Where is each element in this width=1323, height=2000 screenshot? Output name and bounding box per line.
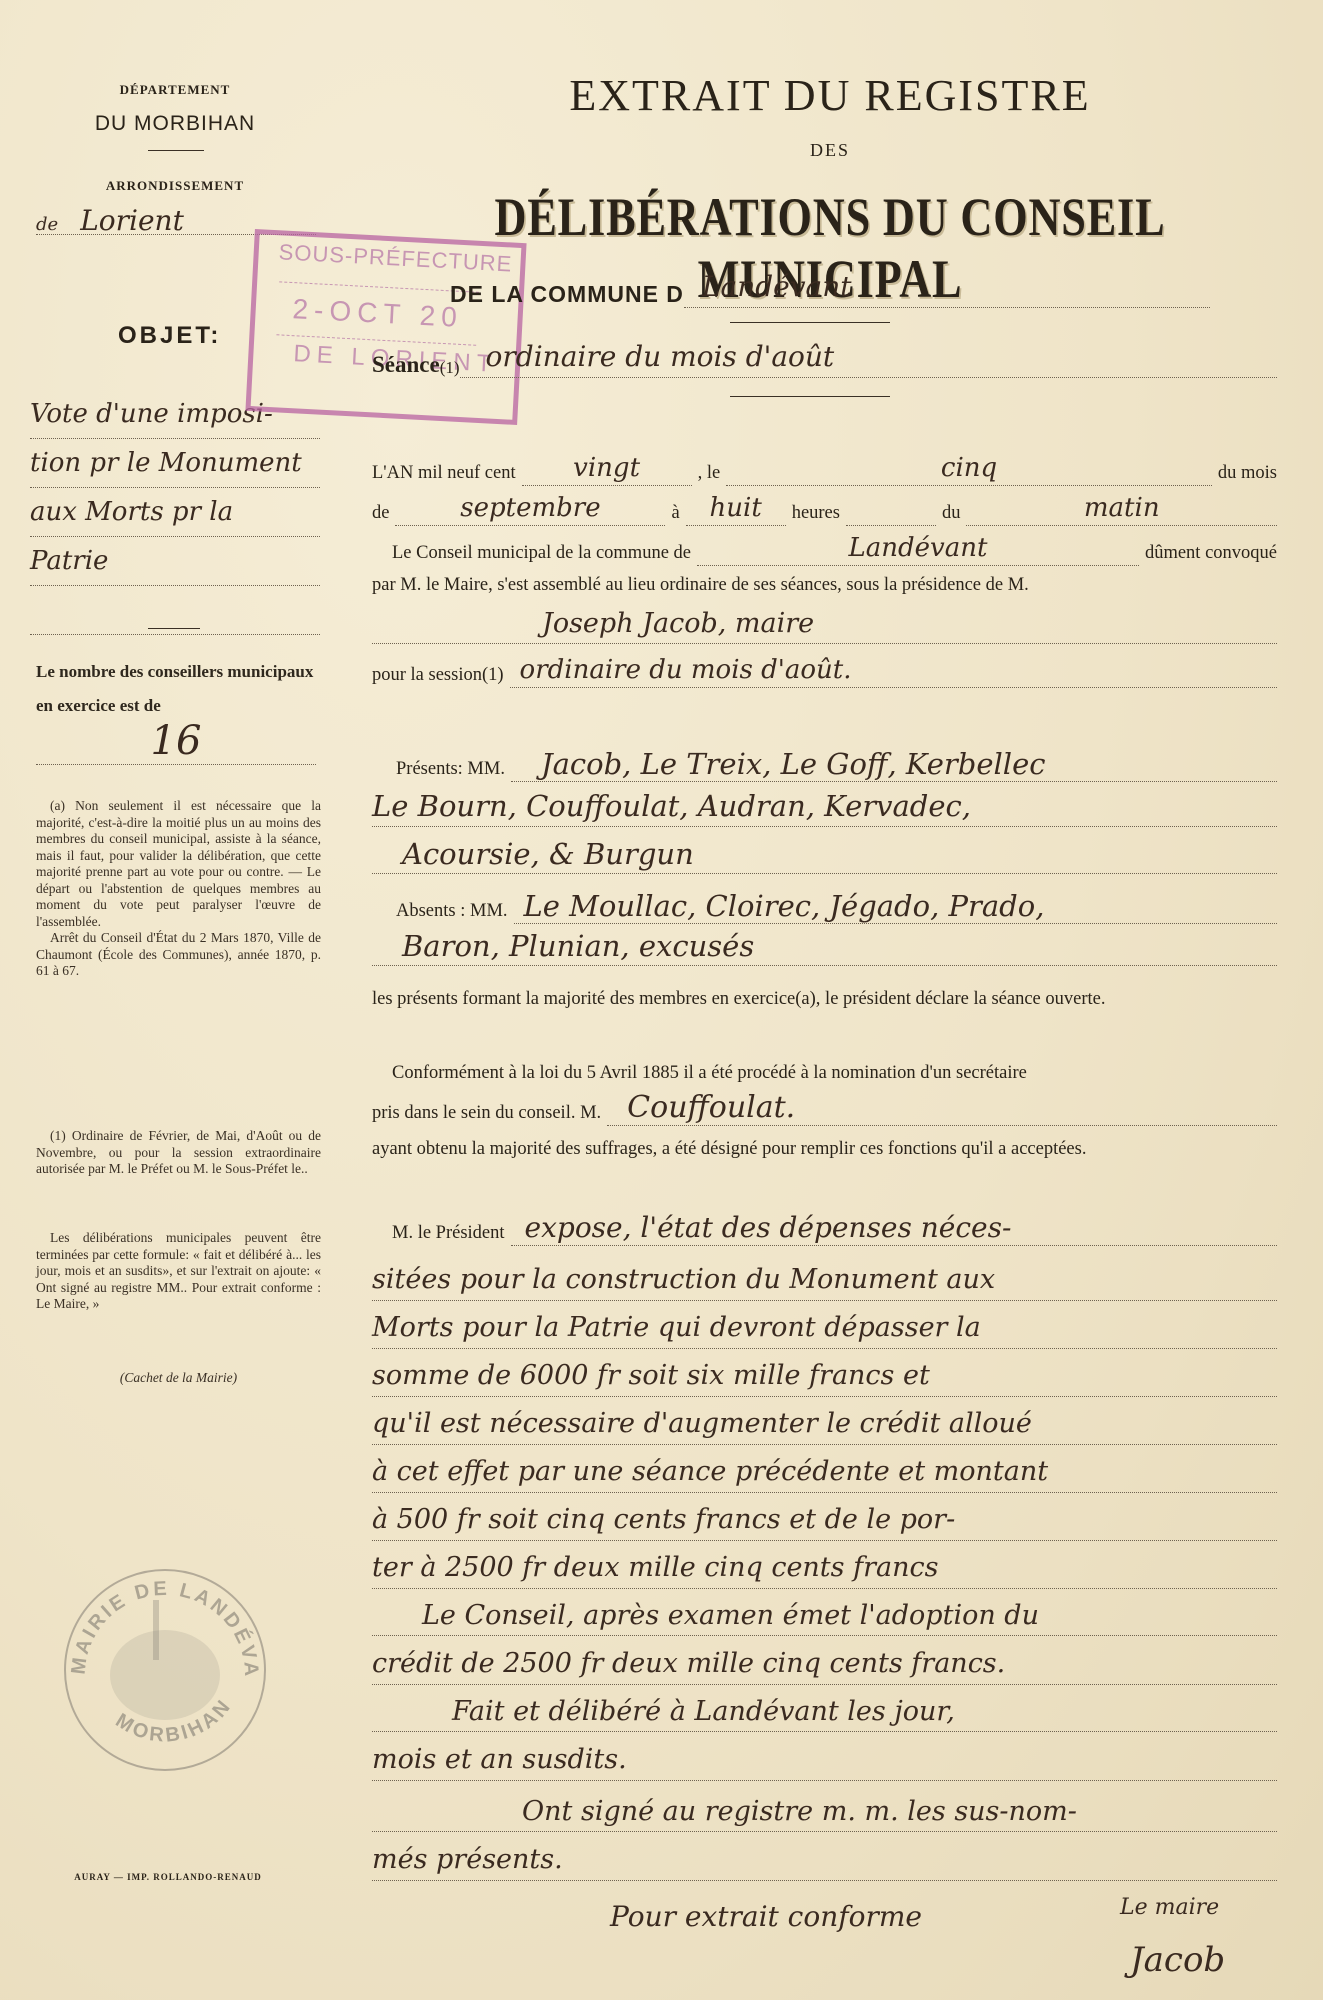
expose-text: à cet effet par une séance précédente et…	[372, 1452, 1277, 1493]
expose-text: ter à 2500 fr deux mille cinq cents fran…	[372, 1548, 1277, 1589]
a-label: à	[665, 503, 685, 526]
footnote-a-text: (a) Non seulement il est nécessaire que …	[36, 798, 321, 930]
session-value: ordinaire du mois d'août.	[510, 653, 1277, 688]
presents-value: Jacob, Le Treix, Le Goff, Kerbellec	[511, 747, 1277, 782]
footnote-a: (a) Non seulement il est nécessaire que …	[36, 798, 321, 980]
divider	[148, 150, 204, 151]
hour-value: huit	[686, 491, 786, 526]
signatories-text: Ont signé au registre m. m. les sus-nom-	[372, 1792, 1277, 1832]
footnote-a-reference: Arrêt du Conseil d'État du 2 Mars 1870, …	[36, 930, 321, 980]
session-line: pour la session(1) ordinaire du mois d'a…	[372, 654, 1277, 688]
presents-value: Le Bourn, Couffoulat, Audran, Kervadec,	[372, 786, 1277, 827]
mayor-signature: Jacob	[1130, 1940, 1225, 1980]
convocation-text: Le Conseil municipal de la commune de	[372, 543, 697, 566]
month-value: septembre	[395, 491, 665, 526]
absents-value: Le Moullac, Cloirec, Jégado, Prado,	[514, 889, 1277, 924]
heures-fill	[846, 491, 936, 526]
objet-label: OBJET:	[118, 322, 221, 350]
objet-line: Patrie	[30, 537, 320, 586]
seance-value: ordinaire du mois d'août	[460, 337, 1277, 378]
document-title-line1: EXTRAIT DU REGISTRE	[400, 70, 1260, 121]
absents-line: Absents : MM. Le Moullac, Cloirec, Jégad…	[372, 890, 1277, 924]
secretary-acceptance-text: ayant obtenu la majorité des suffrages, …	[372, 1136, 1277, 1162]
commune-row: DE LA COMMUNE D Landévant	[450, 268, 1210, 308]
departement-label: DÉPARTEMENT	[60, 82, 290, 98]
mairie-seal-icon: MAIRIE DE LANDÉVANT MORBIHAN	[55, 1560, 275, 1780]
cachet-caption: (Cachet de la Mairie)	[36, 1370, 321, 1386]
secretary-value: Couffoulat.	[607, 1091, 1277, 1126]
seance-row: Séance (1) ordinaire du mois d'août	[372, 338, 1277, 378]
document-title-line2: DES	[400, 140, 1260, 161]
absents-label: Absents : MM.	[372, 901, 514, 924]
objet-line: tion pr le Monument	[30, 439, 320, 488]
convocation-line: Le Conseil municipal de la commune de La…	[372, 532, 1277, 566]
expose-text: qu'il est nécessaire d'augmenter le créd…	[372, 1404, 1277, 1445]
conseillers-count-value: 16	[36, 718, 316, 765]
closing-text: Fait et délibéré à Landévant les jour,	[372, 1692, 1277, 1732]
secretary-text: Conformément à la loi du 5 Avril 1885 il…	[372, 1060, 1277, 1086]
arrondissement-prefix: de	[36, 214, 58, 235]
divider	[730, 396, 890, 397]
heures-label: heures	[786, 503, 846, 526]
conseillers-count-label: Le nombre des conseillers municipaux en …	[36, 655, 326, 723]
pour-extrait-conforme: Pour extrait conforme	[610, 1900, 922, 1933]
seance-label: Séance	[372, 352, 440, 378]
stamp-date: 2-OCT 20	[276, 281, 479, 345]
du-label: du	[936, 503, 967, 526]
presidence-text: par M. le Maire, s'est assemblé au lieu …	[372, 572, 1277, 598]
closing-text: mois et an susdits.	[372, 1740, 1277, 1781]
period-value: matin	[966, 491, 1277, 526]
quorum-text: les présents formant la majorité des mem…	[372, 986, 1277, 1012]
convocation-commune-value: Landévant	[697, 531, 1139, 566]
mois-label: du mois	[1212, 463, 1277, 486]
day-value: cinq	[726, 451, 1212, 486]
arrondissement-label: ARRONDISSEMENT	[60, 178, 290, 194]
signature-title: Le maire	[1120, 1895, 1219, 1920]
footnote-formula-text: Les délibérations municipales peuvent êt…	[36, 1230, 321, 1313]
arrondissement-value: Lorient	[80, 204, 184, 237]
session-label: pour la session(1)	[372, 665, 510, 688]
footnote-1-text: (1) Ordinaire de Février, de Mai, d'Août…	[36, 1128, 321, 1178]
absents-value: Baron, Plunian, excusés	[372, 926, 1277, 966]
date-line-month: de septembre à huit heures du matin	[372, 492, 1277, 526]
convocation-text-2: dûment convoqué	[1139, 543, 1277, 566]
decision-text: Le Conseil, après examen émet l'adoption…	[372, 1596, 1277, 1636]
seance-footnote: (1)	[440, 358, 460, 378]
commune-value: Landévant	[684, 267, 1210, 308]
footnote-formula: Les délibérations municipales peuvent êt…	[36, 1230, 321, 1313]
divider	[148, 628, 200, 629]
departement-value: DU MORBIHAN	[60, 112, 290, 136]
president-value: Joseph Jacob, maire	[372, 604, 1277, 644]
secretary-line: pris dans le sein du conseil. M. Couffou…	[372, 1092, 1277, 1126]
secretary-label: pris dans le sein du conseil. M.	[372, 1103, 607, 1126]
signatories-text: més présents.	[372, 1840, 1277, 1881]
expose-text: sitées pour la construction du Monument …	[372, 1260, 1277, 1301]
presents-line: Présents: MM. Jacob, Le Treix, Le Goff, …	[372, 748, 1277, 782]
commune-label: DE LA COMMUNE D	[450, 281, 684, 308]
expose-text: somme de 6000 fr soit six mille francs e…	[372, 1356, 1277, 1397]
president-label: M. le Président	[372, 1223, 511, 1246]
expose-text: expose, l'état des dépenses néces-	[511, 1211, 1277, 1246]
year-value: vingt	[522, 451, 692, 486]
objet-line: aux Morts pr la	[30, 488, 320, 537]
objet-field: Vote d'une imposi- tion pr le Monument a…	[30, 390, 320, 635]
expose-text: à 500 fr soit cinq cents francs et de le…	[372, 1500, 1277, 1541]
footnote-1: (1) Ordinaire de Février, de Mai, d'Août…	[36, 1128, 321, 1178]
presents-value: Acoursie, & Burgun	[372, 834, 1277, 874]
de-label: de	[372, 503, 395, 526]
expose-line: M. le Président expose, l'état des dépen…	[372, 1212, 1277, 1246]
decision-text: crédit de 2500 fr deux mille cinq cents …	[372, 1644, 1277, 1685]
date-line-year: L'AN mil neuf cent vingt , le cinq du mo…	[372, 452, 1277, 486]
presents-label: Présents: MM.	[372, 759, 511, 782]
printer-credit: AURAY — IMP. ROLLANDO-RENAUD	[38, 1872, 298, 1882]
divider	[730, 322, 890, 323]
an-label: L'AN mil neuf cent	[372, 463, 522, 486]
expose-text: Morts pour la Patrie qui devront dépasse…	[372, 1308, 1277, 1349]
le-label: , le	[692, 463, 727, 486]
